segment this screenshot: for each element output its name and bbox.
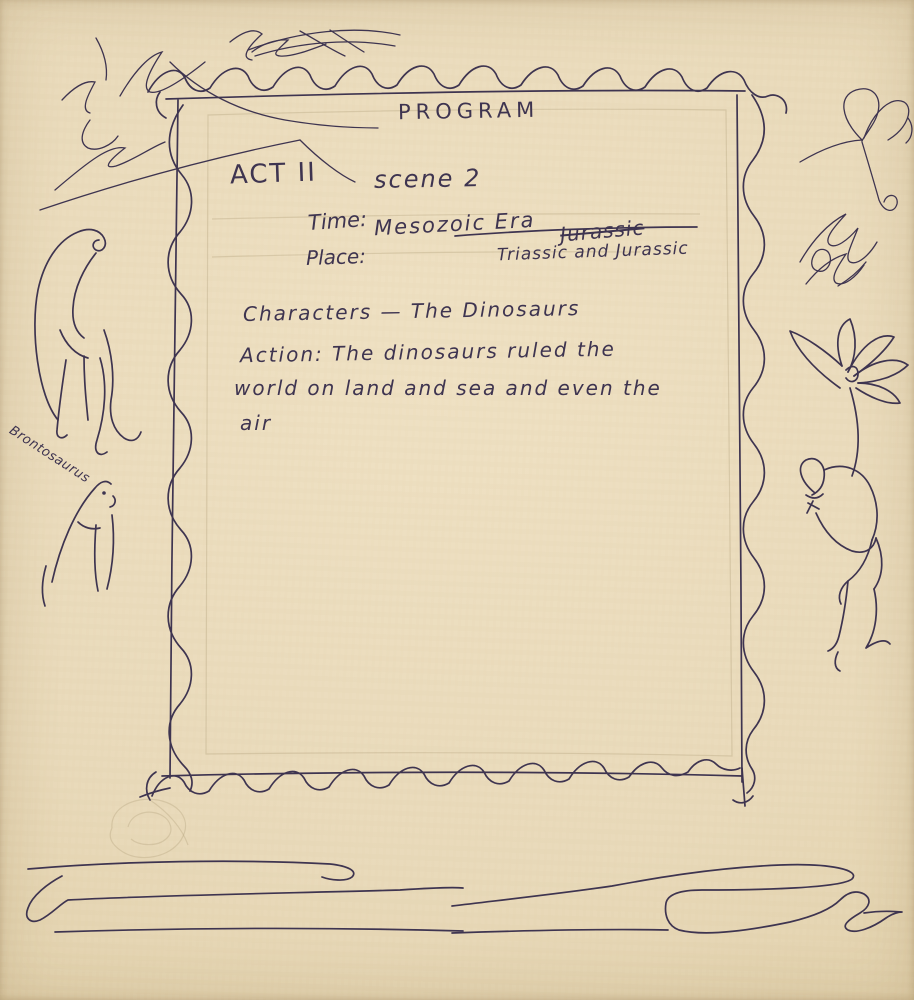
palm-tree-sketch: [790, 319, 908, 476]
standing-dinosaur-sketch: [800, 459, 890, 671]
bottom-wave: [152, 760, 740, 796]
sprout-sketch: [800, 89, 912, 211]
action-line-2: world on land and sea and even the: [234, 377, 662, 399]
scene-heading: scene 2: [374, 165, 482, 193]
frame-top-line: [166, 90, 745, 99]
frame-box: [156, 90, 753, 806]
frame-corner-curl: [156, 92, 166, 118]
pen-doodles-layer: [0, 0, 914, 1000]
pencil-oval-scribble: [110, 799, 188, 857]
place-label: Place:: [306, 245, 367, 269]
characters-line: Characters — The Dinosaurs: [243, 297, 581, 325]
page-title: PROGRAM: [398, 99, 540, 125]
fish-scribble: [248, 30, 400, 56]
action-line-3: air: [240, 412, 272, 434]
pencil-inner-rect: [206, 109, 732, 756]
frame-right-line: [737, 95, 742, 782]
loop-doodle-left: [27, 861, 463, 932]
right-wave: [743, 95, 764, 793]
pterosaur-scribble: [800, 214, 877, 286]
top-left-scribbles: [40, 31, 378, 210]
scanned-document-page: PROGRAM ACT II scene 2 Time: Mesozoic Er…: [0, 0, 914, 1000]
frame-left-line: [170, 100, 178, 778]
brontosaurus-sketch: [35, 230, 141, 455]
act-heading: ACT II: [230, 158, 318, 190]
dinosaur-legs-sketch: [42, 481, 115, 606]
time-label: Time:: [307, 208, 368, 235]
frame-bottom-line: [162, 772, 742, 776]
left-wave: [168, 105, 192, 791]
frame-corner-tick: [733, 768, 753, 806]
loop-doodle-right: [452, 865, 902, 933]
